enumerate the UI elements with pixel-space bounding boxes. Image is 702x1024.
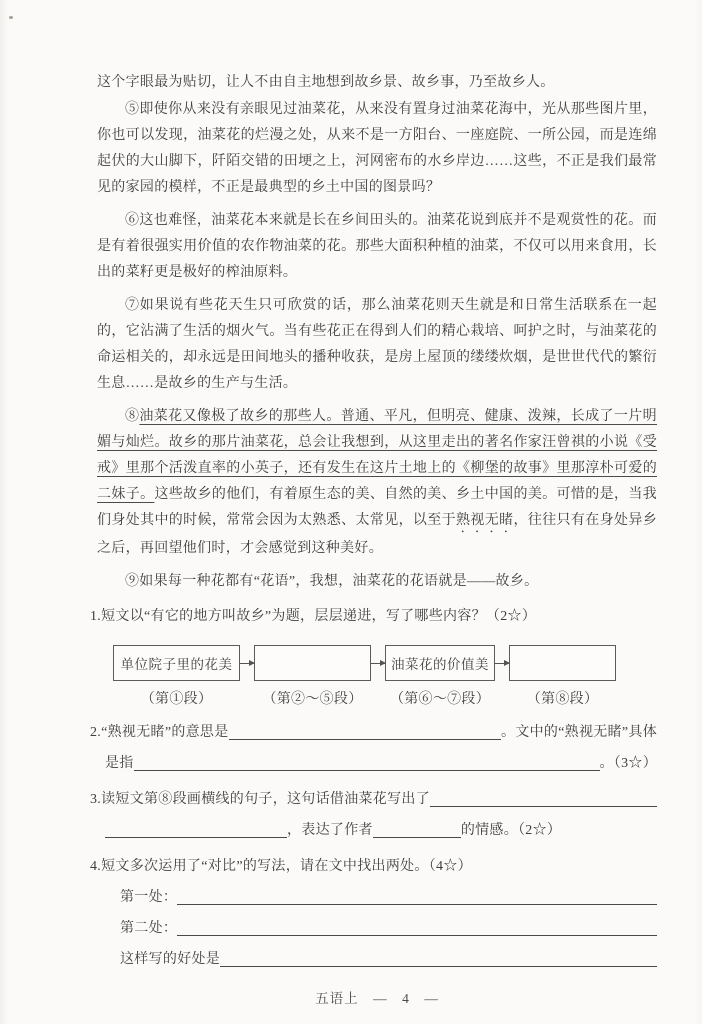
- question-line: 3.读短文第⑧段画横线的句子，这句话借油菜花写出了: [90, 785, 657, 814]
- answer-blank: [177, 903, 657, 905]
- question-text: 第一处：: [120, 883, 177, 912]
- flowchart-boxes: 单位院子里的花美 油菜花的价值美: [113, 645, 657, 681]
- passage-paragraph: ⑨如果每一种花都有“花语”，我想，油菜花的花语就是——故乡。: [97, 569, 657, 595]
- worksheet-page: 这个字眼最为贴切，让人不由自主地想到故乡景、故乡事，乃至故乡人。⑤即使你从来没有…: [0, 0, 702, 1024]
- passage-text: ⑤即使你从来没有亲眼见过油菜花，从来没有置身过油菜花海中，光从那些图片里，你也可…: [97, 102, 657, 195]
- flow-label-4: （第⑧段）: [509, 688, 616, 708]
- reading-passage: 这个字眼最为贴切，让人不由自主地想到故乡景、故乡事，乃至故乡人。⑤即使你从来没有…: [97, 70, 657, 595]
- questions-section: 1.短文以“有它的地方叫故乡”为题，层层递进，写了哪些内容？（2☆） 单位院子里…: [90, 602, 657, 974]
- question-line: 是指。（3☆）: [105, 749, 657, 778]
- emphasis-text: 熟视无睹: [456, 513, 513, 528]
- flow-box-3: 油菜花的价值美: [385, 645, 495, 681]
- flowchart-labels: （第①段） （第②～⑤段） （第⑥～⑦段） （第⑧段）: [113, 688, 657, 708]
- passage-text: ⑨如果每一种花都有“花语”，我想，油菜花的花语就是——故乡。: [125, 574, 538, 589]
- passage-text: ⑥这也难怪，油菜花本来就是长在乡间田头的。油菜花说到底并不是观赏性的花。而是有着…: [97, 213, 657, 280]
- passage-paragraph: ⑧油菜花又像极了故乡的那些人。普通、平凡，但明亮、健康、泼辣，长成了一片明媚与灿…: [97, 404, 657, 562]
- question-text: ，表达了作者: [287, 816, 373, 845]
- flow-label-1: （第①段）: [113, 688, 240, 708]
- question-text: 2.“熟视无睹”的意思是: [90, 718, 229, 747]
- passage-text: ⑦如果说有些花天生只可欣赏的话，那么油菜花则天生就是和日常生活联系在一起的，它沾…: [97, 298, 657, 391]
- passage-paragraph: ⑥这也难怪，油菜花本来就是长在乡间田头的。油菜花说到底并不是观赏性的花。而是有着…: [97, 208, 657, 286]
- flow-box-4-empty: [509, 645, 616, 681]
- answer-blank: [373, 836, 461, 838]
- passage-text: 这个字眼最为贴切，让人不由自主地想到故乡景、故乡事，乃至故乡人。: [97, 75, 555, 90]
- passage-paragraph: 这个字眼最为贴切，让人不由自主地想到故乡景、故乡事，乃至故乡人。: [97, 70, 657, 96]
- flow-arrow-icon: [371, 663, 385, 664]
- question-line: 第二处：: [120, 914, 657, 943]
- question-text: 是指: [105, 749, 134, 778]
- passage-paragraph: ⑦如果说有些花天生只可欣赏的话，那么油菜花则天生就是和日常生活联系在一起的，它沾…: [97, 293, 657, 397]
- question-4: 4.短文多次运用了“对比”的写法，请在文中找出两处。（4☆）第一处：第二处：这样…: [90, 852, 657, 974]
- flow-box-2-empty: [254, 645, 371, 681]
- question-line: 4.短文多次运用了“对比”的写法，请在文中找出两处。（4☆）: [90, 852, 657, 881]
- flow-label-2: （第②～⑤段）: [254, 688, 371, 708]
- question-text: 这样写的好处是: [120, 945, 220, 974]
- answer-blank: [105, 836, 287, 838]
- question-1: 1.短文以“有它的地方叫故乡”为题，层层递进，写了哪些内容？（2☆） 单位院子里…: [90, 602, 657, 708]
- passage-paragraph: ⑤即使你从来没有亲眼见过油菜花，从来没有置身过油菜花海中，光从那些图片里，你也可…: [97, 97, 657, 201]
- question-text: 。（3☆）: [600, 749, 658, 778]
- scan-speck: [9, 16, 13, 19]
- question-2: 2.“熟视无睹”的意思是。文中的“熟视无睹”具体是指。（3☆）: [90, 718, 657, 778]
- question-1-text: 1.短文以“有它的地方叫故乡”为题，层层递进，写了哪些内容？（2☆）: [90, 602, 536, 631]
- answer-blank: [134, 769, 600, 771]
- flow-arrow-icon: [240, 663, 254, 664]
- question-text: 的情感。（2☆）: [461, 816, 561, 845]
- question-line: 2.“熟视无睹”的意思是。文中的“熟视无睹”具体: [90, 718, 657, 747]
- passage-text: ⑧: [125, 409, 139, 424]
- question-line: 这样写的好处是: [120, 945, 657, 974]
- flow-box-1: 单位院子里的花美: [113, 645, 240, 681]
- answer-blank: [220, 965, 657, 967]
- question-line: 第一处：: [120, 883, 657, 912]
- flowchart: 单位院子里的花美 油菜花的价值美 （第①段） （第②～⑤段） （第⑥～⑦段） （…: [113, 645, 657, 708]
- flow-label-3: （第⑥～⑦段）: [385, 688, 495, 708]
- question-text: 4.短文多次运用了“对比”的写法，请在文中找出两处。（4☆）: [90, 852, 472, 881]
- page-footer: 五语上 — 4 —: [97, 987, 657, 1007]
- question-text: 。文中的“熟视无睹”具体: [501, 718, 657, 747]
- question-text: 3.读短文第⑧段画横线的句子，这句话借油菜花写出了: [90, 785, 430, 814]
- answer-blank: [177, 934, 657, 936]
- question-line: ，表达了作者的情感。（2☆）: [105, 816, 657, 845]
- answer-blank: [229, 738, 501, 740]
- question-3: 3.读短文第⑧段画横线的句子，这句话借油菜花写出了，表达了作者的情感。（2☆）: [90, 785, 657, 845]
- question-text: 第二处：: [120, 914, 177, 943]
- flow-arrow-icon: [495, 663, 509, 664]
- answer-blank: [430, 805, 657, 807]
